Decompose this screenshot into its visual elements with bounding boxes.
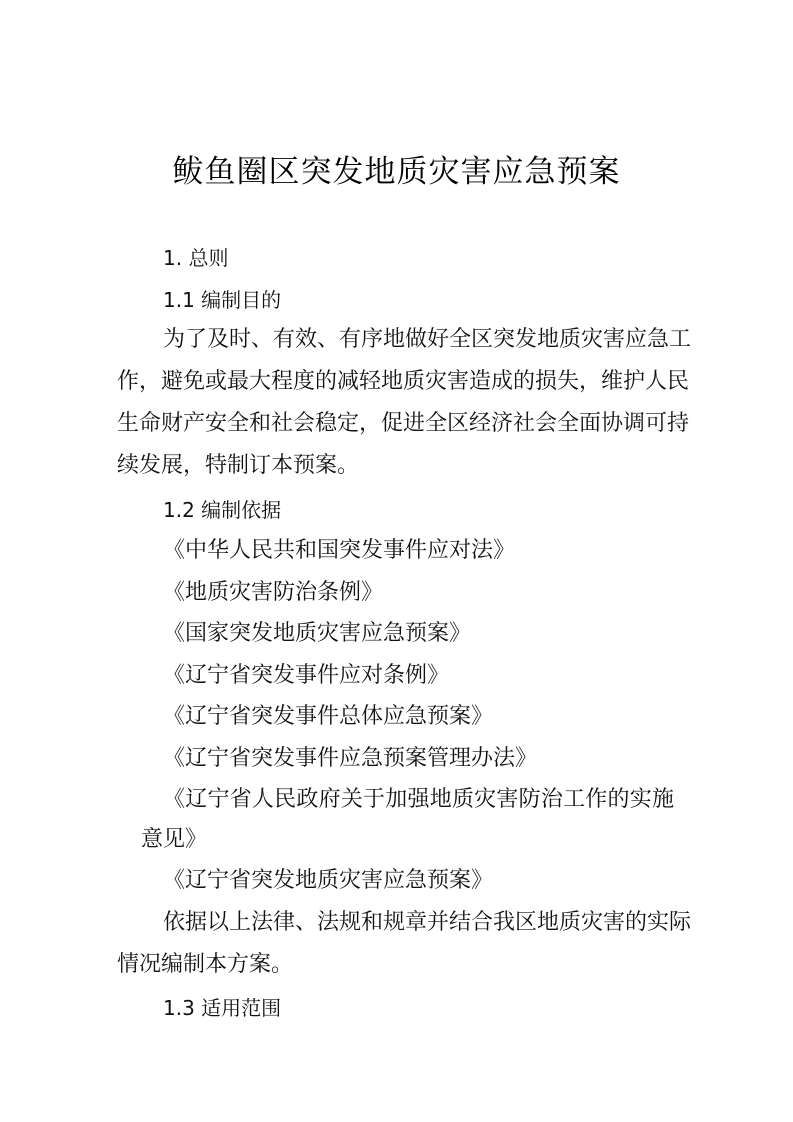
document-title: 鲅鱼圈区突发地质灾害应急预案 (0, 150, 793, 194)
basis-list-item: 《辽宁省突发地质灾害应急预案》 (163, 866, 493, 896)
section-heading-1-1: 1.1 编制目的 (163, 285, 281, 315)
paragraph-line: 作，避免或最大程度的减轻地质灾害造成的损失，维护人民 (117, 367, 674, 397)
section-heading-1-3: 1.3 适用范围 (163, 993, 281, 1023)
section-heading-1: 1. 总则 (163, 243, 228, 273)
basis-list-item: 《辽宁省人民政府关于加强地质灾害防治工作的实施 (163, 785, 674, 815)
basis-list-item: 《辽宁省突发事件应急预案管理办法》 (163, 744, 537, 774)
basis-list-item: 《中华人民共和国突发事件应对法》 (163, 536, 515, 566)
paragraph-line: 生命财产安全和社会稳定，促进全区经济社会全面协调可持 (117, 409, 674, 439)
basis-list-item: 《辽宁省突发事件应对条例》 (163, 661, 449, 691)
paragraph-line: 续发展，特制订本预案。 (117, 451, 359, 481)
paragraph-line: 依据以上法律、法规和规章并结合我区地质灾害的实际 (163, 908, 674, 938)
basis-list-item: 《辽宁省突发事件总体应急预案》 (163, 702, 493, 732)
document-page: 鲅鱼圈区突发地质灾害应急预案 1. 总则 1.1 编制目的 为了及时、有效、有序… (0, 0, 793, 1122)
basis-list-item: 《国家突发地质灾害应急预案》 (163, 619, 471, 649)
section-heading-1-2: 1.2 编制依据 (163, 495, 281, 525)
paragraph-line: 情况编制本方案。 (117, 950, 293, 980)
basis-list-item: 意见》 (141, 825, 207, 855)
basis-list-item: 《地质灾害防治条例》 (163, 578, 383, 608)
paragraph-line: 为了及时、有效、有序地做好全区突发地质灾害应急工 (163, 325, 674, 355)
